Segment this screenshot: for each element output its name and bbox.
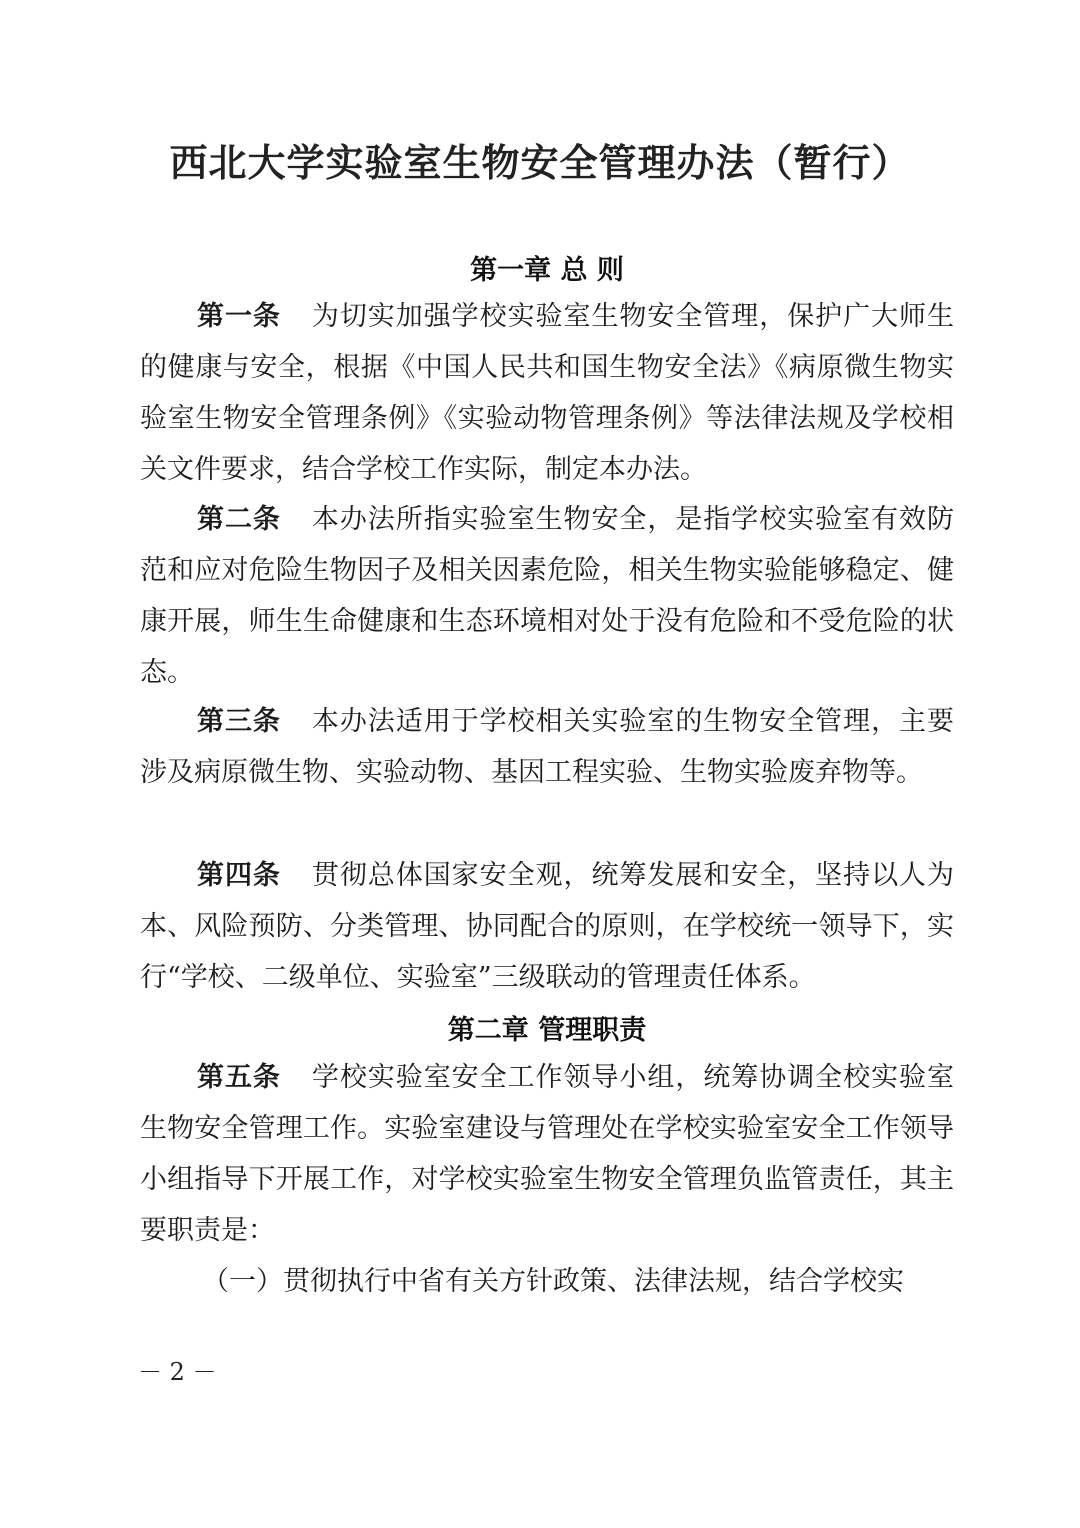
article-1: 第一条为切实加强学校实验室生物安全管理，保护广大师生的健康与安全，根据《中国人民… xyxy=(140,291,954,495)
article-3: 第三条本办法适用于学校相关实验室的生物安全管理，主要涉及病原微生物、实验动物、基… xyxy=(140,696,954,798)
article-label: 第五条 xyxy=(197,1062,281,1093)
article-label: 第四条 xyxy=(197,860,281,891)
article-4: 第四条贯彻总体国家安全观，统筹发展和安全，坚持以人为本、风险预防、分类管理、协同… xyxy=(140,850,954,1003)
article-2: 第二条本办法所指实验室生物安全，是指学校实验室有效防范和应对危险生物因子及相关因… xyxy=(140,494,954,698)
article-label: 第二条 xyxy=(197,504,281,535)
page-number: － 2 － xyxy=(138,1352,217,1387)
chapter-heading-2: 第二章 管理职责 xyxy=(0,1008,1080,1047)
list-item-1: （一）贯彻执行中省有关方针政策、法律法规，结合学校实 xyxy=(140,1256,954,1307)
article-5: 第五条学校实验室安全工作领导小组，统筹协调全校实验室生物安全管理工作。实验室建设… xyxy=(140,1052,954,1256)
chapter-heading-1: 第一章 总 则 xyxy=(0,248,1080,287)
document-title: 西北大学实验室生物安全管理办法（暂行） xyxy=(0,132,1080,187)
article-label: 第一条 xyxy=(197,301,281,332)
article-label: 第三条 xyxy=(197,706,281,737)
